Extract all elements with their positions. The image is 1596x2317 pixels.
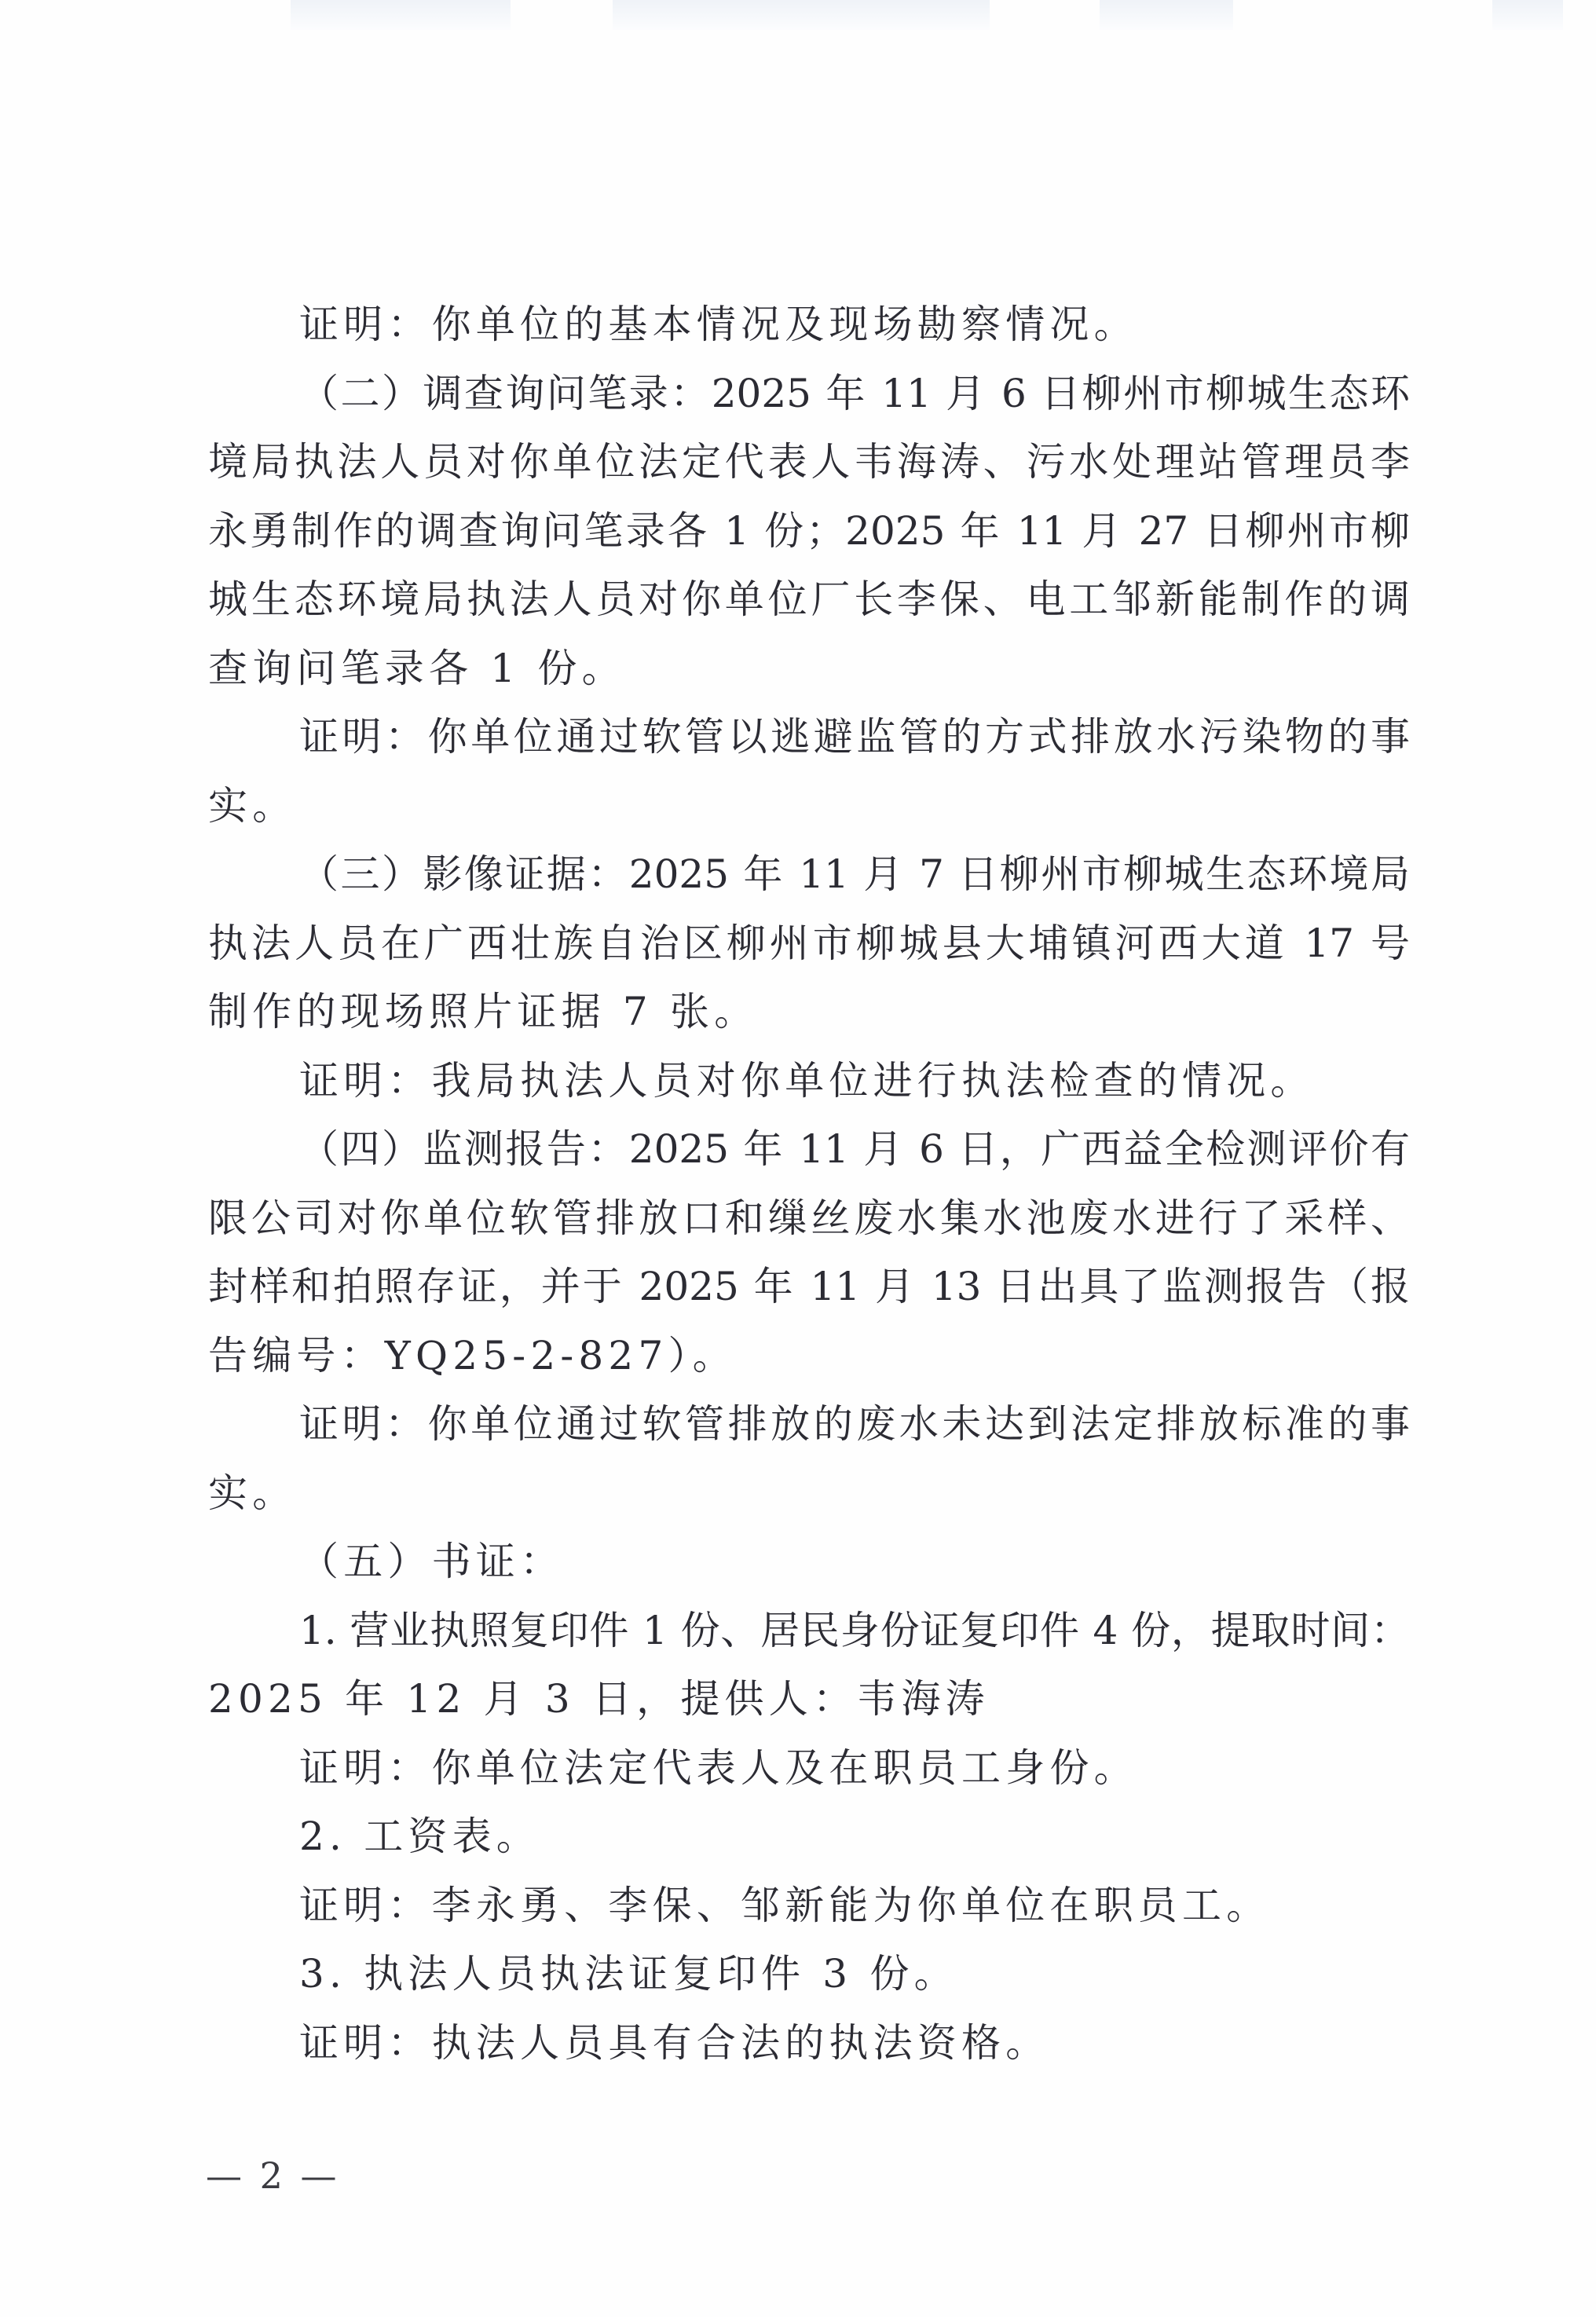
scan-artifact — [1492, 0, 1563, 30]
paragraph-line: 3. 执法人员执法证复印件 3 份。 — [208, 1940, 1410, 2009]
paragraph-line: 证明：我局执法人员对你单位进行执法检查的情况。 — [208, 1047, 1410, 1116]
paragraph-line: 证明：你单位通过软管排放的废水未达到法定排放标准的事 — [208, 1390, 1410, 1459]
paragraph-line: （三）影像证据：2025 年 11 月 7 日柳州市柳城生态环境局 — [208, 840, 1410, 910]
paragraph-line: 证明：执法人员具有合法的执法资格。 — [208, 2009, 1410, 2078]
page-number: — 2 — — [206, 2148, 340, 2203]
scan-artifact — [291, 0, 511, 30]
paragraph-line: 城生态环境局执法人员对你单位厂长李保、电工邹新能制作的调 — [208, 566, 1410, 635]
paragraph-line: 封样和拍照存证，并于 2025 年 11 月 13 日出具了监测报告（报 — [208, 1253, 1410, 1322]
paragraph-line: 证明：李永勇、李保、邹新能为你单位在职员工。 — [208, 1872, 1410, 1941]
scan-artifact — [1100, 0, 1233, 30]
paragraph-line: 查询问笔录各 1 份。 — [208, 635, 1410, 704]
paragraph-line: 证明：你单位通过软管以逃避监管的方式排放水污染物的事 — [208, 703, 1410, 772]
paragraph-line: 告编号：YQ25-2-827）。 — [208, 1322, 1410, 1391]
paragraph-line: 制作的现场照片证据 7 张。 — [208, 978, 1410, 1047]
section-heading: （五）书证： — [208, 1528, 1410, 1597]
paragraph-line: 实。 — [208, 772, 1410, 841]
document-page: 证明：你单位的基本情况及现场勘察情况。 （二）调查询问笔录：2025 年 11 … — [0, 0, 1596, 2317]
paragraph-line: 证明：你单位的基本情况及现场勘察情况。 — [208, 291, 1410, 360]
paragraph-line: 证明：你单位法定代表人及在职员工身份。 — [208, 1734, 1410, 1803]
paragraph-line: 限公司对你单位软管排放口和缫丝废水集水池废水进行了采样、 — [208, 1184, 1410, 1254]
document-body: 证明：你单位的基本情况及现场勘察情况。 （二）调查询问笔录：2025 年 11 … — [208, 291, 1410, 2077]
scan-artifact — [613, 0, 990, 30]
paragraph-line: 实。 — [208, 1459, 1410, 1528]
paragraph-line: 境局执法人员对你单位法定代表人韦海涛、污水处理站管理员李 — [208, 428, 1410, 497]
paragraph-line: 执法人员在广西壮族自治区柳州市柳城县大埔镇河西大道 17 号 — [208, 910, 1410, 979]
paragraph-line: 2025 年 12 月 3 日，提供人：韦海涛 — [208, 1665, 1410, 1734]
paragraph-line: （二）调查询问笔录：2025 年 11 月 6 日柳州市柳城生态环 — [208, 360, 1410, 429]
paragraph-line: 2. 工资表。 — [208, 1803, 1410, 1872]
paragraph-line: （四）监测报告：2025 年 11 月 6 日，广西益全检测评价有 — [208, 1115, 1410, 1184]
paragraph-line: 1. 营业执照复印件 1 份、居民身份证复印件 4 份，提取时间： — [208, 1597, 1410, 1666]
paragraph-line: 永勇制作的调查询问笔录各 1 份；2025 年 11 月 27 日柳州市柳 — [208, 497, 1410, 566]
